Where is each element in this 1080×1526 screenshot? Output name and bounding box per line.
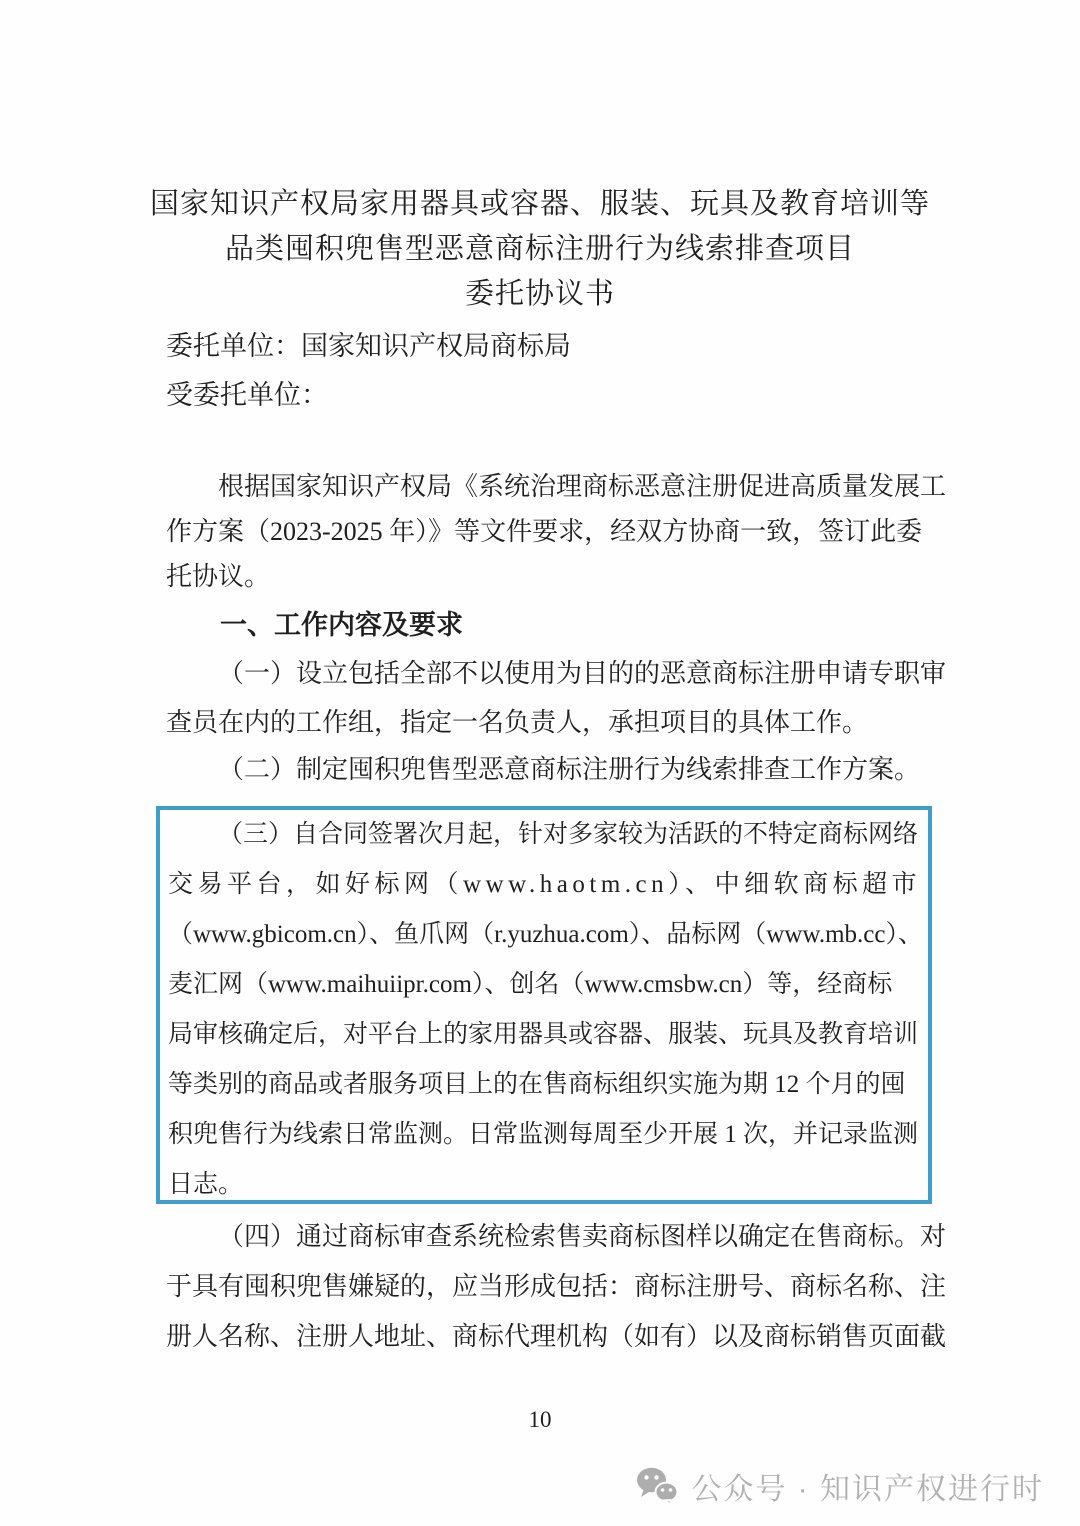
clause-3-line-6: 等类别的商品或者服务项目上的在售商标组织实施为期 12 个月的囤	[168, 1060, 925, 1110]
document-page: 国家知识产权局家用器具或容器、服装、玩具及教育培训等 品类囤积兜售型恶意商标注册…	[0, 0, 1080, 1526]
clause-1-line-2: 查员在内的工作组，指定一名负责人，承担项目的具体工作。	[166, 698, 940, 747]
clause-3-line-5: 局审核确定后，对平台上的家用器具或容器、服装、玩具及教育培训	[168, 1010, 925, 1060]
watermark-text: 公众号 · 知识产权进行时	[691, 1464, 1044, 1508]
clause-1-paragraph: （一）设立包括全部不以使用为目的的恶意商标注册申请专职审 查员在内的工作组，指定…	[166, 649, 940, 747]
title-line-3: 委托协议书	[140, 272, 940, 317]
title-line-1: 国家知识产权局家用器具或容器、服装、玩具及教育培训等	[140, 182, 940, 227]
watermark: 公众号 · 知识产权进行时	[636, 1464, 1044, 1508]
clause-3-line-2: 交易平台，如好标网（www.haotm.cn）、中细软商标超市	[168, 860, 925, 910]
section-heading: 一、工作内容及要求	[166, 603, 463, 647]
clause-2-line-1: （二）制定囤积兜售型恶意商标注册行为线索排查工作方案。	[166, 746, 940, 794]
intro-line-2: 作方案（2023-2025 年）》等文件要求，经双方协商一致，签订此委	[166, 509, 940, 554]
clause-1-line-1: （一）设立包括全部不以使用为目的的恶意商标注册申请专职审	[166, 649, 940, 698]
clause-3-line-1: （三）自合同签署次月起，针对多家较为活跃的不特定商标网络	[168, 810, 925, 860]
intro-line-1: 根据国家知识产权局《系统治理商标恶意注册促进高质量发展工	[166, 464, 940, 509]
clause-4-line-1: （四）通过商标审查系统检索售卖商标图样以确定在售商标。对	[166, 1212, 940, 1262]
section-heading-text: 一、工作内容及要求	[166, 603, 463, 647]
clause-3-line-3: （www.gbicom.cn）、鱼爪网（r.yuzhua.com）、品标网（ww…	[168, 910, 925, 960]
page-number: 10	[0, 1406, 1080, 1434]
clause-3-line-7: 积兜售行为线索日常监测。日常监测每周至少开展 1 次，并记录监测	[168, 1110, 925, 1160]
intro-line-3: 托协议。	[166, 554, 940, 599]
entrusting-party: 委托单位：国家知识产权局商标局	[166, 322, 571, 371]
wechat-icon	[636, 1467, 678, 1505]
document-title: 国家知识产权局家用器具或容器、服装、玩具及教育培训等 品类囤积兜售型恶意商标注册…	[140, 182, 940, 317]
parties-block: 委托单位：国家知识产权局商标局 受委托单位：	[166, 322, 571, 420]
clause-4-line-3: 册人名称、注册人地址、商标代理机构（如有）以及商标销售页面截	[166, 1312, 940, 1362]
clause-3-line-4: 麦汇网（www.maihuiipr.com）、创名（www.cmsbw.cn）等…	[168, 960, 925, 1010]
intro-paragraph: 根据国家知识产权局《系统治理商标恶意注册促进高质量发展工 作方案（2023-20…	[166, 464, 940, 599]
clause-4-paragraph: （四）通过商标审查系统检索售卖商标图样以确定在售商标。对 于具有囤积兜售嫌疑的，…	[166, 1212, 940, 1362]
title-line-2: 品类囤积兜售型恶意商标注册行为线索排查项目	[140, 227, 940, 272]
clause-2-paragraph: （二）制定囤积兜售型恶意商标注册行为线索排查工作方案。	[166, 746, 940, 794]
clause-3-paragraph: （三）自合同签署次月起，针对多家较为活跃的不特定商标网络 交易平台，如好标网（w…	[168, 810, 925, 1210]
clause-4-line-2: 于具有囤积兜售嫌疑的，应当形成包括：商标注册号、商标名称、注	[166, 1262, 940, 1312]
clause-3-highlight-box: （三）自合同签署次月起，针对多家较为活跃的不特定商标网络 交易平台，如好标网（w…	[156, 806, 932, 1204]
entrusted-party: 受委托单位：	[166, 371, 571, 420]
clause-3-line-8: 日志。	[168, 1160, 925, 1210]
